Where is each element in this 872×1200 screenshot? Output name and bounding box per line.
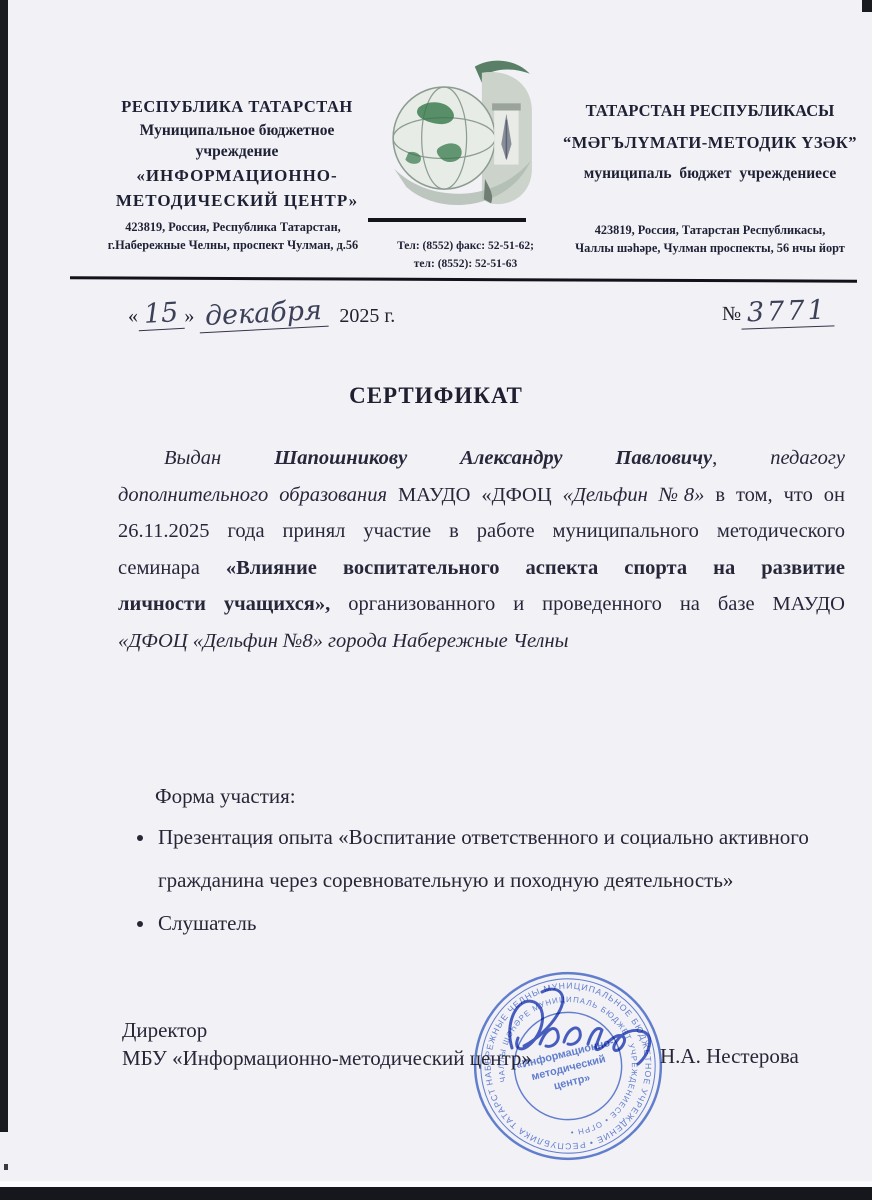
issue-date: «15» декабря 2025 г.: [128, 300, 395, 330]
handwritten-day: 15: [137, 299, 185, 331]
org-region-ru: РЕСПУБЛИКА ТАТАРСТАН: [88, 97, 386, 117]
logo-underline-rule: [368, 218, 526, 222]
participation-label: Форма участия:: [155, 784, 296, 809]
org-address-ru-line2: г.Набережные Челны, проспект Чулман, д.5…: [78, 237, 388, 255]
org-name-ru-line2: МЕТОДИЧЕСКИЙ ЦЕНТР»: [88, 188, 386, 214]
org-type-ru-line2: учреждение: [88, 142, 386, 163]
body-line: личности учащихся», организованного и пр…: [118, 586, 845, 623]
body-line: 26.11.2025 года принял участие в работе …: [118, 513, 845, 550]
org-region-tt: ТАТАРСТАН РЕСПУБЛИКАСЫ: [556, 101, 864, 121]
close-quote: »: [184, 305, 194, 327]
handwritten-month: декабря: [199, 297, 329, 334]
org-type-tt: муниципаль бюджет учреждениесе: [556, 165, 864, 183]
certificate-page: РЕСПУБЛИКА ТАТАРСТАН Муниципальное бюдже…: [0, 0, 872, 1200]
globe-quill-logo: [388, 58, 536, 212]
handwritten-number: 3771: [741, 296, 835, 329]
org-block-russian: РЕСПУБЛИКА ТАТАРСТАН Муниципальное бюдже…: [88, 97, 386, 214]
body-line: Выдан Шапошникову Александру Павловичу, …: [118, 440, 845, 477]
certificate-title: СЕРТИФИКАТ: [0, 383, 872, 409]
scan-speck: [4, 1164, 8, 1170]
org-address-tt-line2: Чаллы шәһәре, Чулман проспекты, 56 нчы й…: [550, 240, 870, 258]
certificate-body: Выдан Шапошникову Александру Павловичу, …: [118, 440, 845, 660]
body-line: семинара «Влияние воспитательного аспект…: [118, 550, 845, 587]
header-divider-rule: [70, 276, 857, 282]
body-line: «ДФОЦ «Дельфин №8» города Набережные Чел…: [118, 623, 845, 660]
director-signature-ink: [496, 982, 700, 1090]
signer-position: Директор: [122, 1018, 207, 1043]
participation-list: Презентация опыта «Воспитание ответствен…: [132, 816, 868, 945]
scan-edge-left: [0, 0, 8, 1132]
org-block-tatar: ТАТАРСТАН РЕСПУБЛИКАСЫ “МӘГЪЛҮМАТИ-МЕТОД…: [556, 101, 864, 183]
open-quote: «: [128, 305, 138, 327]
org-type-ru-line1: Муниципальное бюджетное: [88, 121, 386, 142]
participation-item: Презентация опыта «Воспитание ответствен…: [156, 816, 868, 902]
org-address-tt-line1: 423819, Россия, Татарстан Республикасы,: [550, 222, 870, 240]
org-address-tatar: 423819, Россия, Татарстан Республикасы, …: [550, 222, 870, 258]
org-name-tt: “МӘГЪЛҮМАТИ-МЕТОДИК ҮЗӘК”: [556, 133, 864, 153]
org-name-ru-line1: «ИНФОРМАЦИОННО-: [88, 163, 386, 189]
org-address-russian: 423819, Россия, Республика Татарстан, г.…: [78, 219, 388, 255]
phone-line2: тел: (8552): 52-51-63: [388, 255, 543, 273]
issue-year: 2025 г.: [339, 305, 395, 327]
scan-edge-bottom: [0, 1187, 872, 1200]
body-line: дополнительного образования МАУДО «ДФОЦ …: [118, 477, 845, 514]
document-number: №3771: [722, 298, 834, 328]
scan-edge-top-right: [862, 0, 872, 12]
phone-line1: Тел: (8552) факс: 52-51-62;: [388, 237, 543, 255]
number-sign: №: [722, 303, 741, 325]
participation-item: Слушатель: [156, 902, 868, 945]
org-address-ru-line1: 423819, Россия, Республика Татарстан,: [78, 219, 388, 237]
phone-block: Тел: (8552) факс: 52-51-62; тел: (8552):…: [388, 237, 543, 274]
